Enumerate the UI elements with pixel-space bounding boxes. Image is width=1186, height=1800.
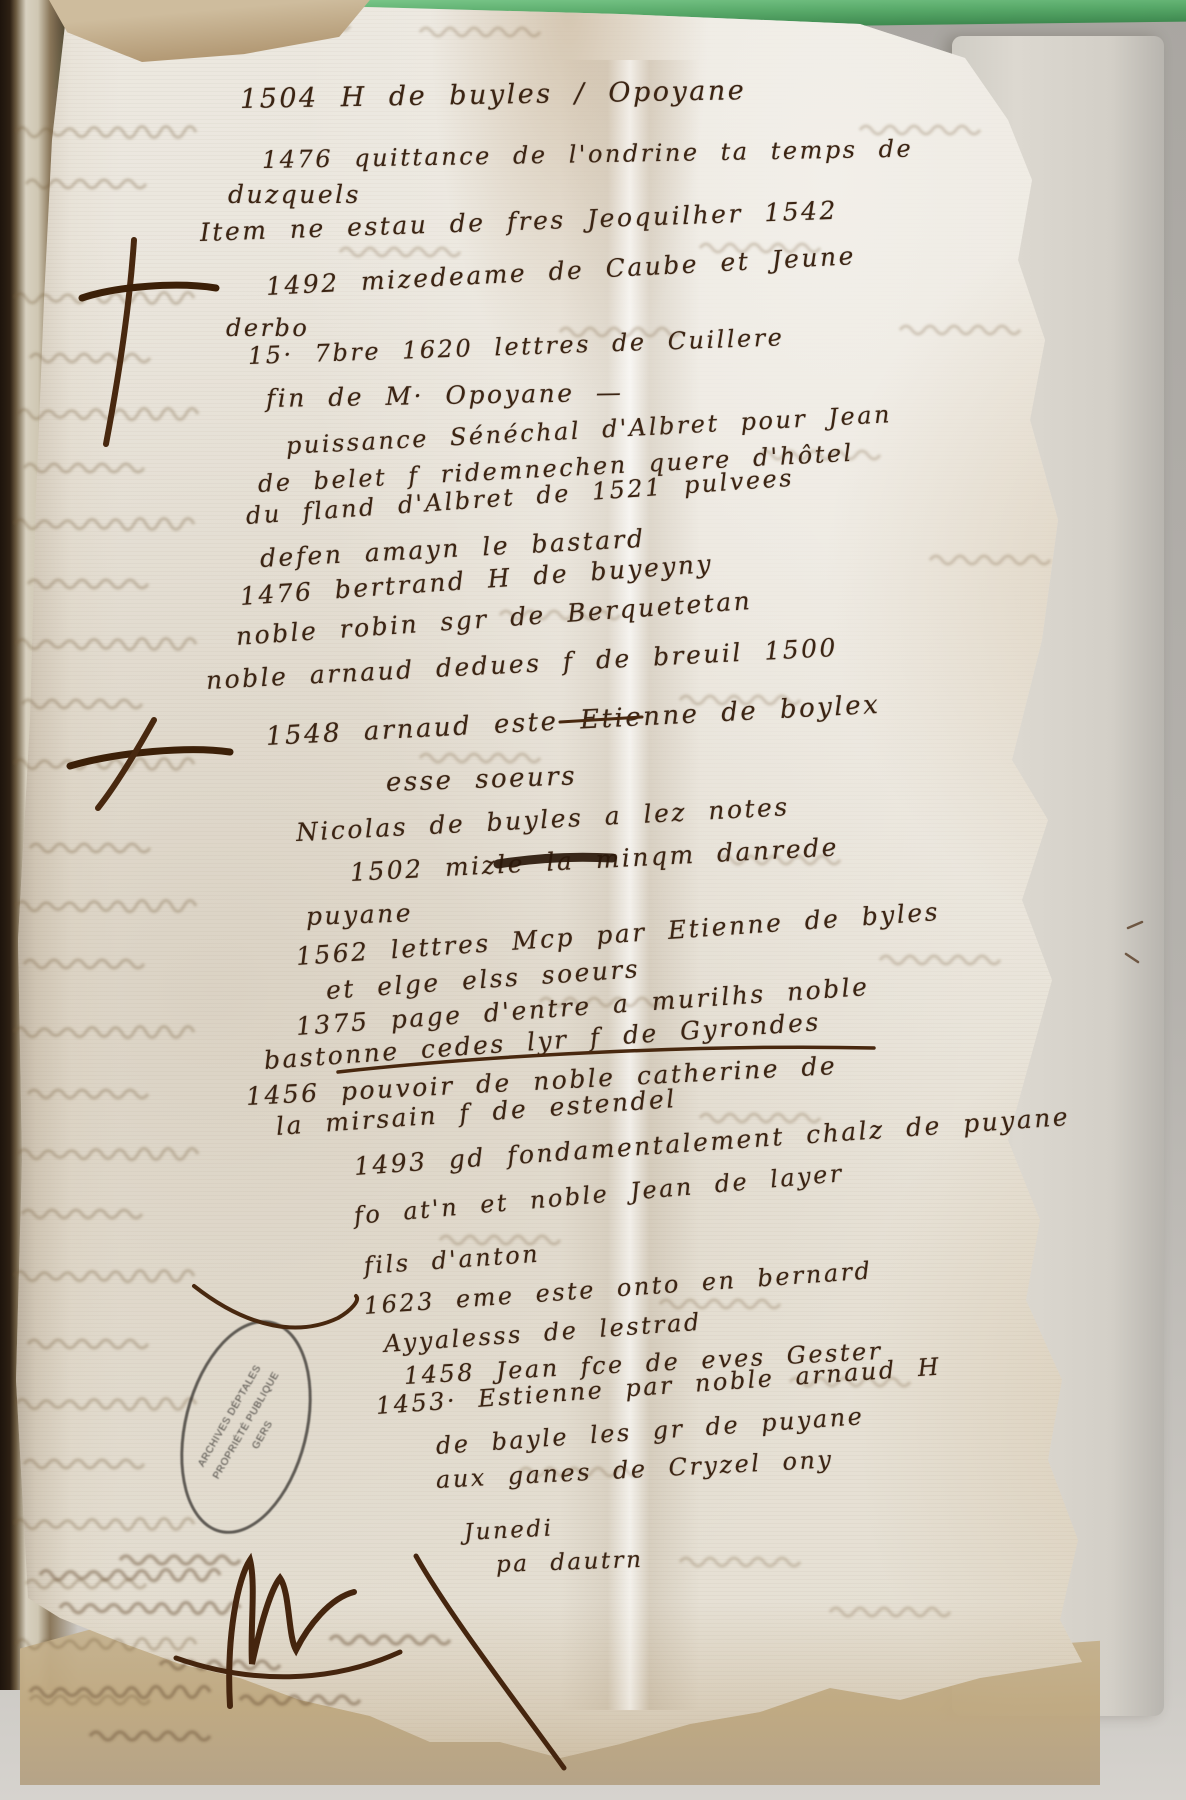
ink-marks bbox=[0, 0, 1186, 1800]
edge-notation-marks bbox=[1126, 922, 1142, 962]
strikethrough-mark bbox=[498, 717, 642, 864]
manuscript-photograph: ARCHIVES DÉPTALES PROPRIÉTÉ PUBLIQUE GER… bbox=[0, 0, 1186, 1800]
underline-flourish bbox=[194, 1047, 874, 1327]
margin-cross-upper bbox=[82, 240, 216, 444]
margin-cross-lower bbox=[70, 720, 230, 808]
paraph-signature bbox=[176, 1556, 564, 1768]
